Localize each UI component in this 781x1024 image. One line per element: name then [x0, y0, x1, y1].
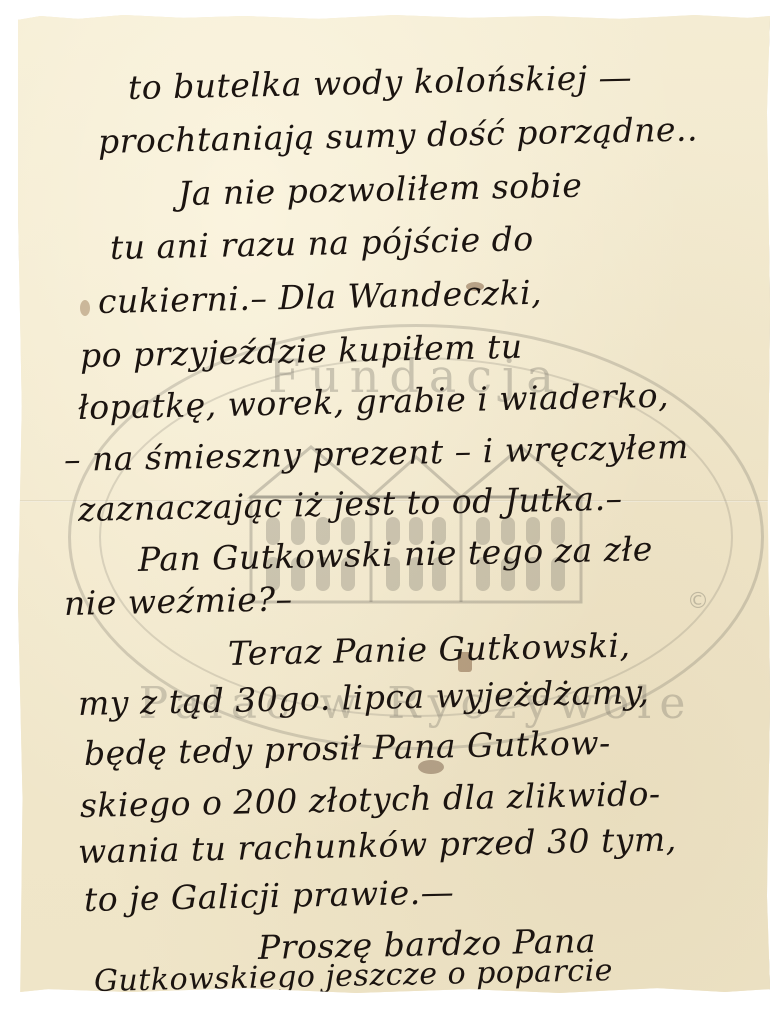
text-line: nie weźmie?–	[64, 579, 293, 623]
text-line: Ja nie pozwoliłem sobie	[178, 166, 583, 213]
text-line: – na śmieszny prezent – i wręczyłem	[64, 427, 690, 479]
text-line: zaznaczając iż jest to od Jutka.–	[78, 479, 623, 529]
text-line: skiego o 200 złotych dla zlikwido-	[80, 774, 661, 825]
text-line: to butelka wody kolońskiej —	[128, 57, 633, 107]
text-line: będę tedy prosił Pana Gutkow-	[84, 723, 611, 773]
text-line: po przyjeździe kupiłem tu	[80, 327, 523, 375]
letter-page: Fundacja	[18, 14, 770, 994]
text-line: cukierni.– Dla Wandeczki,	[98, 273, 543, 321]
text-line: tu ani razu na pójście do	[110, 219, 534, 267]
text-line: to je Galicji prawie.—	[84, 872, 455, 919]
text-line: łopatkę, worek, grabie i wiaderko,	[78, 376, 670, 427]
text-line: wania tu rachunków przed 30 tym,	[78, 819, 677, 871]
text-line: my z tąd 30go. lipca wyjeżdżamy,	[78, 672, 650, 723]
text-line: Teraz Panie Gutkowski,	[228, 626, 631, 673]
handwritten-text: to butelka wody kolońskiej — prochtaniaj…	[18, 14, 770, 994]
text-line: prochtaniają sumy dość porządne..	[98, 109, 699, 161]
text-line: Pan Gutkowski nie tego za złe	[138, 529, 654, 579]
text-line: Gutkowskiego jeszcze o poparcie	[94, 953, 614, 999]
